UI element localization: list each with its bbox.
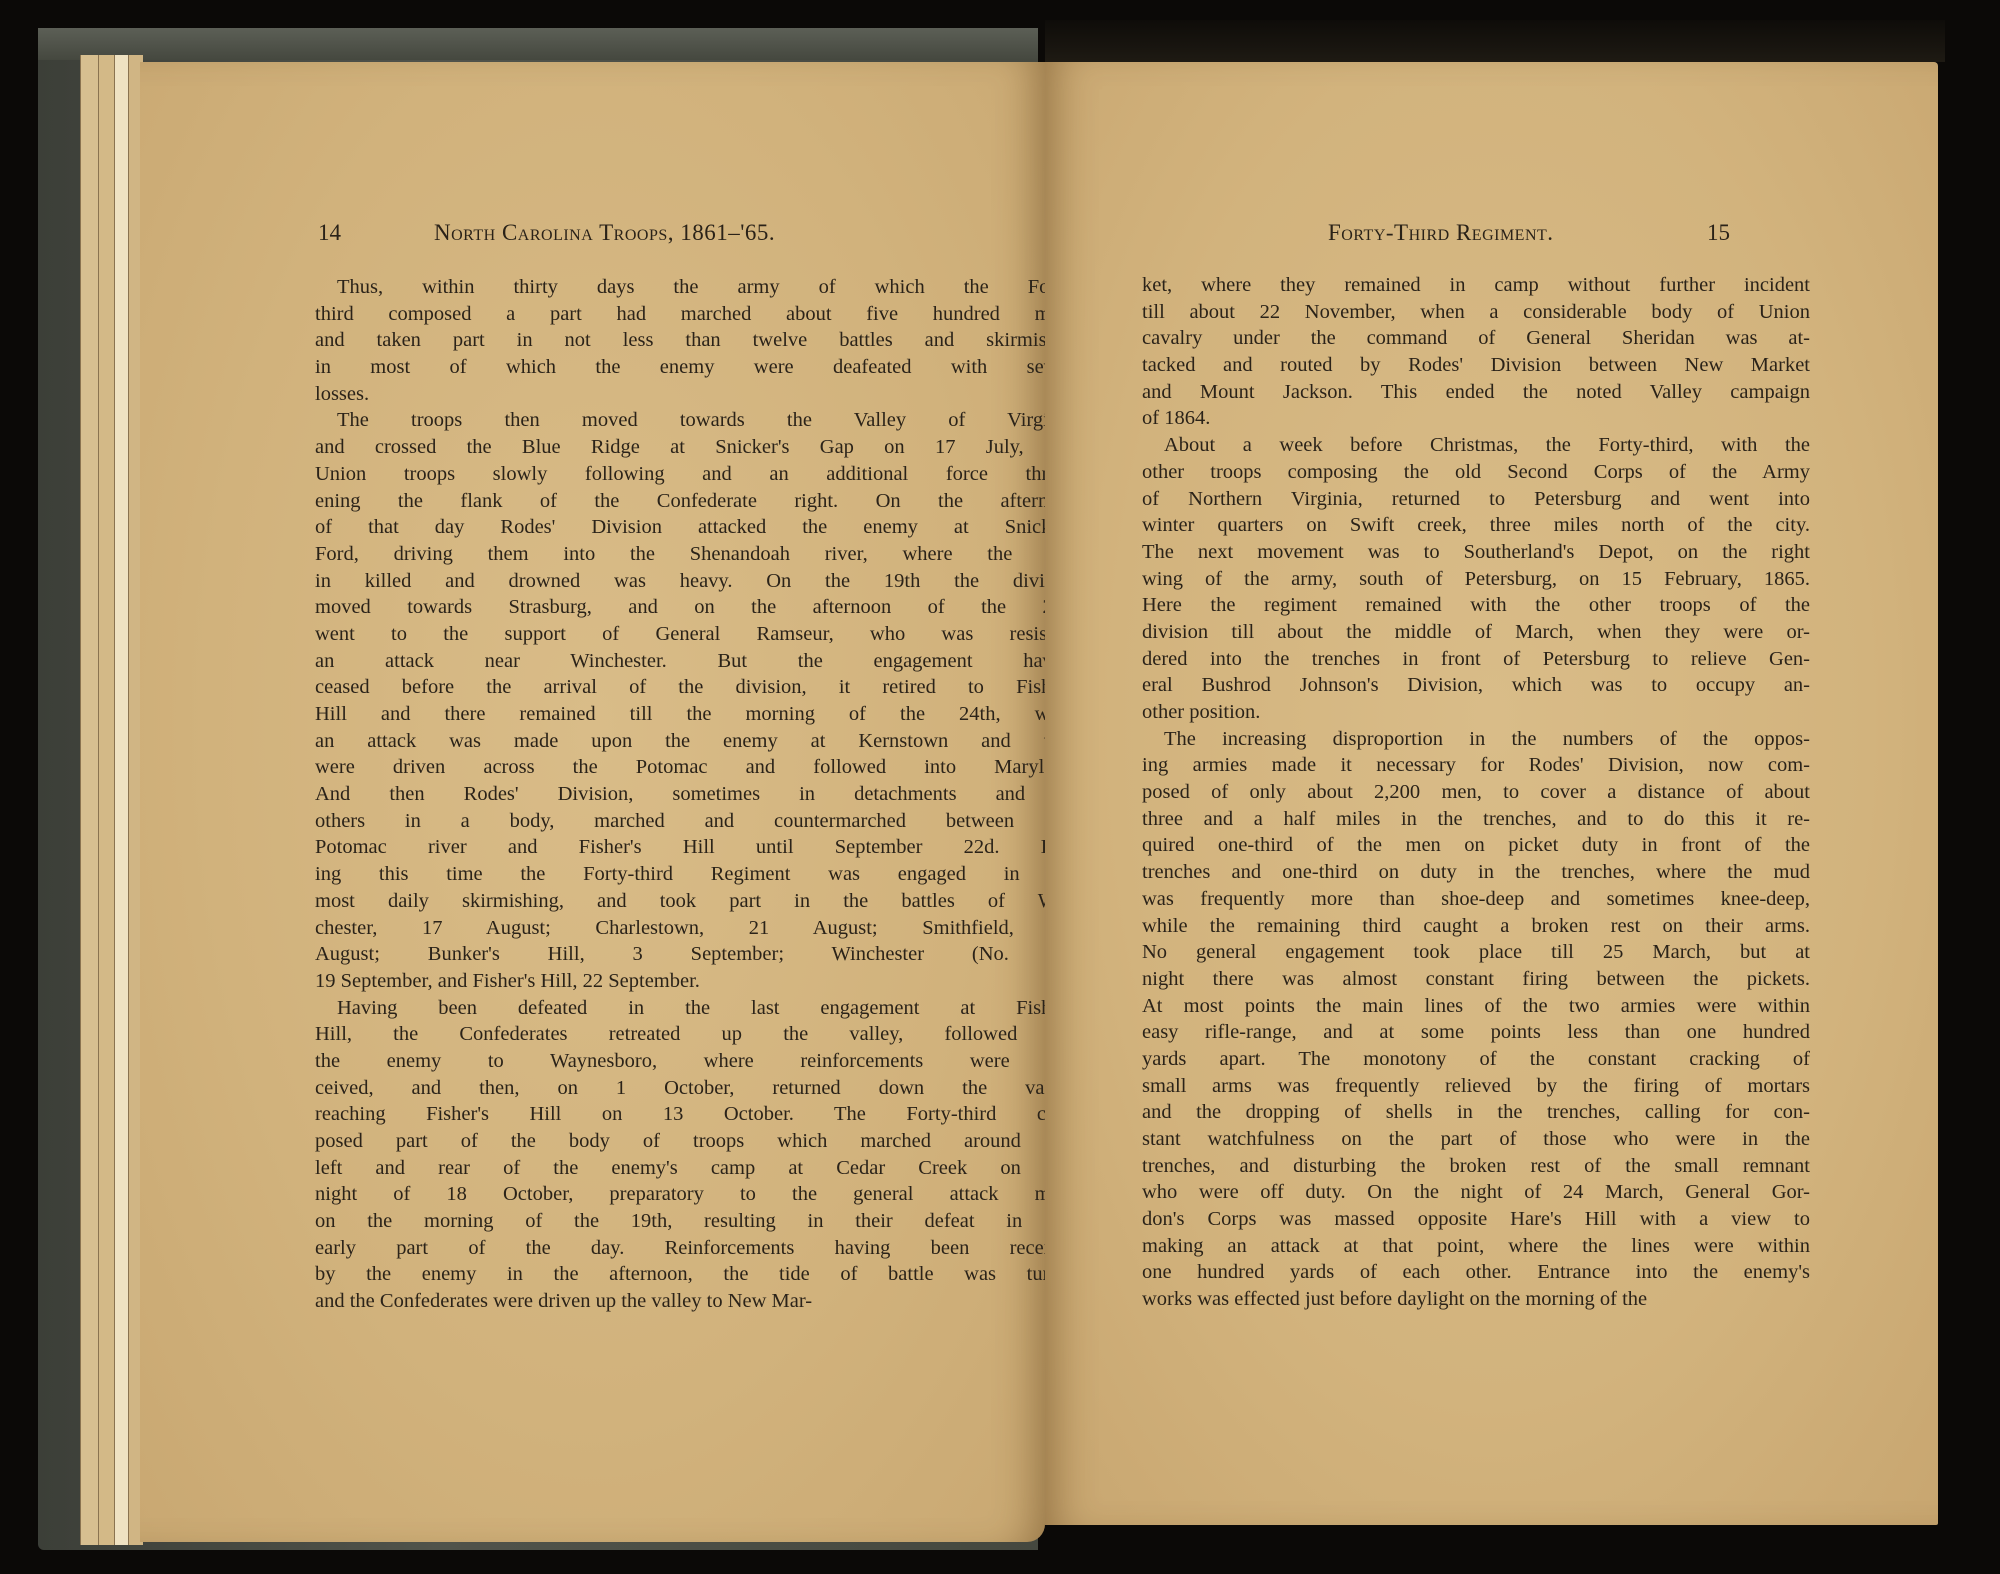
text-line: The increasing disproportion in the numb…: [1142, 726, 1810, 753]
text-line: yards apart. The monotony of the constan…: [1142, 1046, 1810, 1073]
page-number: 14: [318, 220, 341, 246]
text-line: were driven across the Potomac and follo…: [315, 754, 1079, 781]
text-line: 19 September, and Fisher's Hill, 22 Sept…: [315, 968, 1079, 995]
text-line: in most of which the enemy were deafeate…: [315, 354, 1079, 381]
text-line: Potomac river and Fisher's Hill until Se…: [315, 834, 1079, 861]
page-stack-edge: [114, 55, 129, 1545]
text-line: while the remaining third caught a broke…: [1142, 913, 1810, 940]
text-line: trenches, and disturbing the broken rest…: [1142, 1153, 1810, 1180]
text-line: other position.: [1142, 699, 1810, 726]
text-line: ket, where they remained in camp without…: [1142, 272, 1810, 299]
text-line: by the enemy in the afternoon, the tide …: [315, 1261, 1079, 1288]
text-line: Thus, within thirty days the army of whi…: [315, 274, 1079, 301]
running-head: Forty-Third Regiment.: [1328, 220, 1554, 246]
text-line: the enemy to Waynesboro, where reinforce…: [315, 1048, 1079, 1075]
text-line: No general engagement took place till 25…: [1142, 939, 1810, 966]
text-line: three and a half miles in the trenches, …: [1142, 806, 1810, 833]
text-line: posed of only about 2,200 men, to cover …: [1142, 779, 1810, 806]
text-line: The troops then moved towards the Valley…: [315, 407, 1079, 434]
text-line: of 1864.: [1142, 405, 1810, 432]
text-line: division till about the middle of March,…: [1142, 619, 1810, 646]
page-number: 15: [1707, 220, 1730, 246]
text-line: an attack near Winchester. But the engag…: [315, 648, 1079, 675]
text-line: small arms was frequently relieved by th…: [1142, 1073, 1810, 1100]
text-line: cavalry under the command of General She…: [1142, 325, 1810, 352]
text-line: dered into the trenches in front of Pete…: [1142, 646, 1810, 673]
left-page: 14 North Carolina Troops, 1861–'65. Thus…: [140, 62, 1045, 1542]
paragraph: The increasing disproportion in the numb…: [1142, 726, 1810, 1313]
text-line: ceived, and then, on 1 October, returned…: [315, 1075, 1079, 1102]
text-line: About a week before Christmas, the Forty…: [1142, 432, 1810, 459]
text-line: chester, 17 August; Charlestown, 21 Augu…: [315, 915, 1079, 942]
text-line: quired one-third of the men on picket du…: [1142, 832, 1810, 859]
running-head: North Carolina Troops, 1861–'65.: [434, 220, 775, 246]
text-line: of Northern Virginia, returned to Peters…: [1142, 486, 1810, 513]
text-line: Having been defeated in the last engagem…: [315, 995, 1079, 1022]
text-line: Ford, driving them into the Shenandoah r…: [315, 541, 1079, 568]
text-line: third composed a part had marched about …: [315, 301, 1079, 328]
text-line: tacked and routed by Rodes' Division bet…: [1142, 352, 1810, 379]
text-line: The next movement was to Southerland's D…: [1142, 539, 1810, 566]
text-line: night there was almost constant firing b…: [1142, 966, 1810, 993]
text-line: eral Bushrod Johnson's Division, which w…: [1142, 672, 1810, 699]
paragraph: About a week before Christmas, the Forty…: [1142, 432, 1810, 726]
text-line: wing of the army, south of Petersburg, o…: [1142, 566, 1810, 593]
text-line: Hill and there remained till the morning…: [315, 701, 1079, 728]
text-line: Union troops slowly following and an add…: [315, 461, 1079, 488]
text-line: left and rear of the enemy's camp at Ced…: [315, 1155, 1079, 1182]
paragraph: The troops then moved towards the Valley…: [315, 407, 1079, 994]
paragraph: Having been defeated in the last engagem…: [315, 995, 1079, 1315]
text-line: most daily skirmishing, and took part in…: [315, 888, 1079, 915]
text-line: Hill, the Confederates retreated up the …: [315, 1021, 1079, 1048]
text-line: and Mount Jackson. This ended the noted …: [1142, 379, 1810, 406]
paragraph: Thus, within thirty days the army of whi…: [315, 274, 1079, 407]
text-line: one hundred yards of each other. Entranc…: [1142, 1259, 1810, 1286]
text-line: who were off duty. On the night of 24 Ma…: [1142, 1179, 1810, 1206]
text-line: stant watchfulness on the part of those …: [1142, 1126, 1810, 1153]
text-line: easy rifle-range, and at some points les…: [1142, 1019, 1810, 1046]
text-line: in killed and drowned was heavy. On the …: [315, 568, 1079, 595]
text-line: Here the regiment remained with the othe…: [1142, 592, 1810, 619]
text-line: went to the support of General Ramseur, …: [315, 621, 1079, 648]
text-line: was frequently more than shoe-deep and s…: [1142, 886, 1810, 913]
text-line: other troops composing the old Second Co…: [1142, 459, 1810, 486]
text-line: ening the flank of the Confederate right…: [315, 488, 1079, 515]
text-line: moved towards Strasburg, and on the afte…: [315, 594, 1079, 621]
text-line: don's Corps was massed opposite Hare's H…: [1142, 1206, 1810, 1233]
text-line: And then Rodes' Division, sometimes in d…: [315, 781, 1079, 808]
text-line: works was effected just before daylight …: [1142, 1286, 1810, 1313]
text-line: making an attack at that point, where th…: [1142, 1233, 1810, 1260]
text-line: till about 22 November, when a considera…: [1142, 299, 1810, 326]
text-line: and the dropping of shells in the trench…: [1142, 1099, 1810, 1126]
text-line: early part of the day. Reinforcements ha…: [315, 1235, 1079, 1262]
text-line: August; Bunker's Hill, 3 September; Winc…: [315, 941, 1079, 968]
text-line: and taken part in not less than twelve b…: [315, 327, 1079, 354]
book-cover-top-edge: [38, 28, 1038, 60]
right-page: Forty-Third Regiment. 15 ket, where they…: [1045, 62, 1938, 1525]
text-line: and the Confederates were driven up the …: [315, 1288, 1079, 1315]
text-line: At most points the main lines of the two…: [1142, 993, 1810, 1020]
text-line: night of 18 October, preparatory to the …: [315, 1181, 1079, 1208]
text-line: posed part of the body of troops which m…: [315, 1128, 1079, 1155]
text-line: on the morning of the 19th, resulting in…: [315, 1208, 1079, 1235]
text-line: reaching Fisher's Hill on 13 October. Th…: [315, 1101, 1079, 1128]
text-line: ing this time the Forty-third Regiment w…: [315, 861, 1079, 888]
paragraph: ket, where they remained in camp without…: [1142, 272, 1810, 432]
text-line: trenches and one-third on duty in the tr…: [1142, 859, 1810, 886]
text-line: others in a body, marched and countermar…: [315, 808, 1079, 835]
body-text: ket, where they remained in camp without…: [1142, 272, 1810, 1313]
text-line: an attack was made upon the enemy at Ker…: [315, 728, 1079, 755]
text-line: ceased before the arrival of the divisio…: [315, 674, 1079, 701]
text-line: and crossed the Blue Ridge at Snicker's …: [315, 434, 1079, 461]
text-line: winter quarters on Swift creek, three mi…: [1142, 512, 1810, 539]
text-line: of that day Rodes' Division attacked the…: [315, 514, 1079, 541]
book-cover-right-shadow: [1045, 20, 1945, 62]
text-line: losses.: [315, 381, 1079, 408]
text-line: ing armies made it necessary for Rodes' …: [1142, 752, 1810, 779]
body-text: Thus, within thirty days the army of whi…: [315, 274, 1079, 1315]
